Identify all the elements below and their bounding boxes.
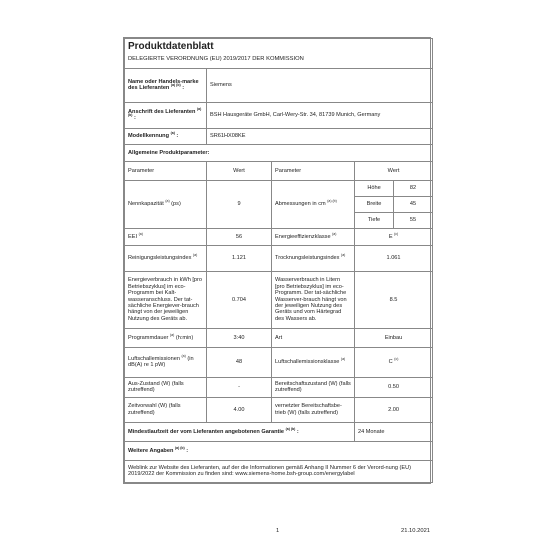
energy-class-value: E (c): [355, 228, 433, 245]
program-duration-label: Programmdauer (a) (h:min): [125, 328, 207, 347]
supplier-name-label: Name oder Handels-marke des Lieferanten …: [125, 68, 207, 102]
standby-label: Bereitschaftszustand (W) (falls zutreffe…: [272, 377, 355, 397]
water-consumption-value: 8.5: [355, 271, 433, 328]
energy-consumption-label: Energieverbrauch in kWh [pro Betriebszyk…: [125, 271, 207, 328]
dim-height-label: Höhe: [355, 180, 394, 196]
capacity-label: Nennkapazität (a) (ps): [125, 180, 207, 228]
noise-label: Luftschallemissionen (a) (in dB(A) re 1 …: [125, 347, 207, 377]
noise-class-value: C (c): [355, 347, 433, 377]
off-mode-value: -: [207, 377, 272, 397]
header-value-1: Wert: [207, 161, 272, 180]
energy-consumption-value: 0.704: [207, 271, 272, 328]
product-datasheet: Produktdatenblatt DELEGIERTE VERORDNUNG …: [123, 37, 431, 484]
type-label: Art: [272, 328, 355, 347]
dim-depth-label: Tiefe: [355, 212, 394, 228]
model-label: Modellkennung (a) :: [125, 128, 207, 144]
dim-depth-value: 55: [394, 212, 433, 228]
page-number: 1: [276, 528, 279, 534]
warranty-value: 24 Monate: [355, 422, 433, 441]
supplier-address-value: BSH Hausgeräte GmbH, Carl-Wery-Str. 34, …: [207, 102, 433, 128]
delay-start-value: 4.00: [207, 397, 272, 422]
dim-width-label: Breite: [355, 196, 394, 212]
regulation-subtitle: DELEGIERTE VERORDNUNG (EU) 2019/2017 DER…: [125, 53, 433, 68]
dim-height-value: 82: [394, 180, 433, 196]
general-heading: Allgemeine Produktparameter:: [125, 144, 433, 161]
further-info-label: Weitere Angaben (a) (b) :: [125, 441, 433, 460]
page-title: Produktdatenblatt: [125, 39, 433, 54]
header-parameter-1: Parameter: [125, 161, 207, 180]
supplier-name-value: Siemens: [207, 68, 433, 102]
off-mode-label: Aus-Zustand (W) (falls zutreffend): [125, 377, 207, 397]
drying-index-label: Trocknungsleistungsindex (a): [272, 245, 355, 271]
capacity-value: 9: [207, 180, 272, 228]
energy-class-label: Energieeffizienzklasse (a): [272, 228, 355, 245]
cleaning-index-label: Reinigungsleistungsindex (a): [125, 245, 207, 271]
type-value: Einbau: [355, 328, 433, 347]
delay-start-label: Zeitvorwahl (W) (falls zutreffend): [125, 397, 207, 422]
water-consumption-label: Wasserverbrauch in Litern [pro Betriebsz…: [272, 271, 355, 328]
cleaning-index-value: 1.121: [207, 245, 272, 271]
header-parameter-2: Parameter: [272, 161, 355, 180]
drying-index-value: 1.061: [355, 245, 433, 271]
program-duration-value: 3:40: [207, 328, 272, 347]
supplier-address-label: Anschrift des Lieferanten (a) (b) :: [125, 102, 207, 128]
eei-value: 56: [207, 228, 272, 245]
standby-value: 0.50: [355, 377, 433, 397]
warranty-label: Mindestlaufzeit der vom Lieferanten ange…: [125, 422, 355, 441]
model-value: SR61HX08KE: [207, 128, 433, 144]
noise-class-label: Luftschallemissionsklasse (a): [272, 347, 355, 377]
eei-label: EEI (a): [125, 228, 207, 245]
dim-width-value: 45: [394, 196, 433, 212]
noise-value: 48: [207, 347, 272, 377]
further-info-text: Weblink zur Website des Lieferanten, auf…: [125, 460, 433, 482]
networked-standby-label: vernetzter Bereitschaftsbe-trieb (W) (fa…: [272, 397, 355, 422]
header-value-2: Wert: [355, 161, 433, 180]
networked-standby-value: 2.00: [355, 397, 433, 422]
dimensions-label: Abmessungen in cm (a) (b): [272, 180, 355, 228]
document-date: 21.10.2021: [401, 528, 430, 534]
